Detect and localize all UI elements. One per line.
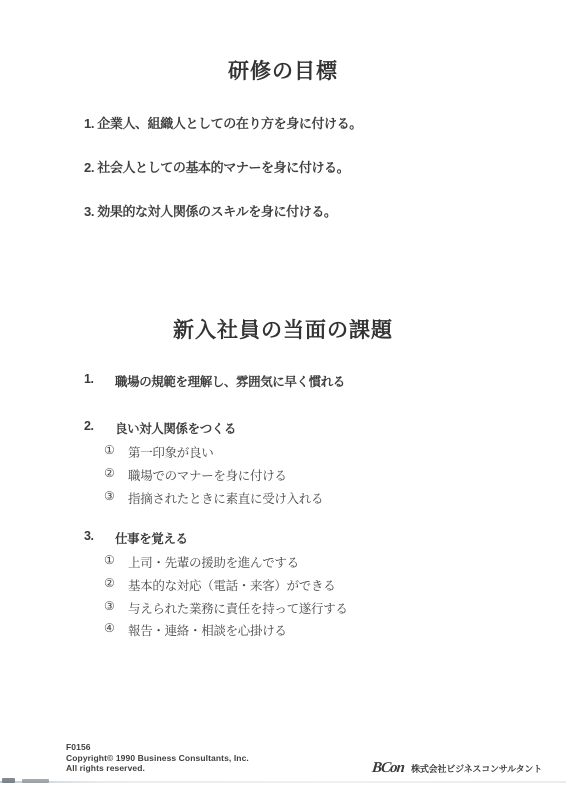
goal-item-2: 2. 社会人としての基本的マナーを身に付ける。 (84, 157, 349, 176)
circled-number-mark: ① (104, 443, 118, 461)
challenge-heading-text: 仕事を覚える (115, 529, 188, 547)
challenge-heading-3: 3. 仕事を覚える (84, 529, 188, 547)
circled-number-mark: ② (104, 466, 118, 484)
copyright-line: Copyright© 1990 Business Consultants, In… (66, 753, 249, 764)
company-name: 株式会社ビジネスコンサルタント (411, 762, 542, 775)
rights-line: All rights reserved. (66, 763, 249, 774)
challenge-subitem: ① 第一印象が良い (104, 443, 213, 461)
subitem-text: 職場でのマナーを身に付ける (128, 466, 287, 484)
scan-edge-line (0, 781, 566, 783)
subitem-text: 基本的な対応（電話・来客）ができる (128, 576, 335, 594)
scan-smudge (22, 779, 49, 783)
circled-number-mark: ③ (104, 599, 118, 617)
subitem-text: 報告・連絡・相談を心掛ける (128, 621, 287, 639)
subitem-text: 第一印象が良い (128, 443, 213, 461)
subitem-text: 指摘されたときに素直に受け入れる (128, 489, 323, 507)
challenge-subitem: ④ 報告・連絡・相談を心掛ける (104, 621, 287, 639)
challenge-subitem: ② 基本的な対応（電話・来客）ができる (104, 576, 335, 594)
circled-number-mark: ① (104, 553, 118, 571)
scan-smudge (2, 778, 15, 783)
circled-number-mark: ④ (104, 621, 118, 639)
footer-copyright-block: F0156 Copyright© 1990 Business Consultan… (66, 742, 249, 774)
training-goals-title: 研修の目標 (0, 55, 566, 85)
circled-number-mark: ② (104, 576, 118, 594)
challenge-heading-2: 2. 良い対人関係をつくる (84, 419, 236, 437)
bcon-logo: BCon (371, 760, 405, 777)
challenge-subitem: ③ 与えられた業務に責任を持って遂行する (104, 599, 348, 617)
challenge-heading-text: 職場の規範を理解し、雰囲気に早く慣れる (115, 372, 345, 390)
document-code: F0156 (66, 742, 249, 753)
challenges-title: 新入社員の当面の課題 (0, 314, 566, 344)
challenge-heading-text: 良い対人関係をつくる (115, 419, 236, 437)
challenge-number: 1. (84, 372, 102, 390)
challenge-subitem: ② 職場でのマナーを身に付ける (104, 466, 287, 484)
challenge-subitem: ③ 指摘されたときに素直に受け入れる (104, 489, 323, 507)
footer-brand-block: BCon 株式会社ビジネスコンサルタント (372, 760, 542, 777)
goal-item-3: 3. 効果的な対人関係のスキルを身に付ける。 (84, 201, 337, 220)
document-page: 研修の目標 1. 企業人、組織人としての在り方を身に付ける。 2. 社会人として… (0, 0, 566, 800)
challenge-heading-1: 1. 職場の規範を理解し、雰囲気に早く慣れる (84, 372, 345, 390)
subitem-text: 与えられた業務に責任を持って遂行する (128, 599, 348, 617)
circled-number-mark: ③ (104, 489, 118, 507)
goal-item-1: 1. 企業人、組織人としての在り方を身に付ける。 (84, 113, 362, 132)
subitem-text: 上司・先輩の援助を進んでする (128, 553, 299, 571)
challenge-subitem: ① 上司・先輩の援助を進んでする (104, 553, 299, 571)
challenge-number: 3. (84, 529, 102, 547)
challenge-number: 2. (84, 419, 102, 437)
